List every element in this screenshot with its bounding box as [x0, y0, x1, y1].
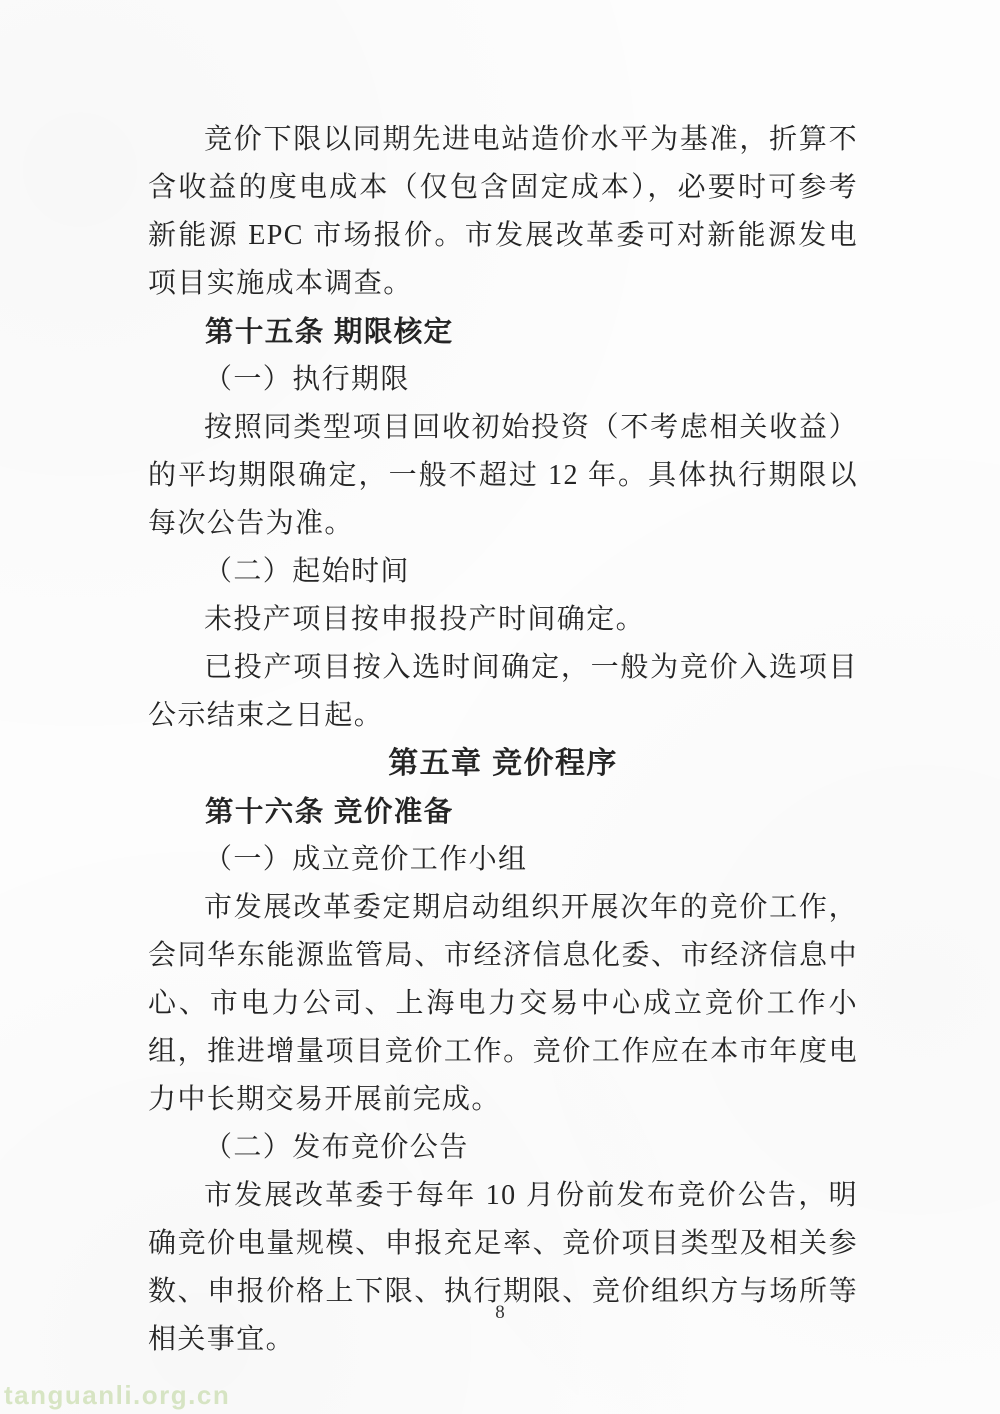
body-paragraph: 未投产项目按申报投产时间确定。	[148, 596, 858, 644]
chapter-heading-5: 第五章 竞价程序	[148, 740, 858, 788]
body-paragraph: 已投产项目按入选时间确定，一般为竞价入选项目公示结束之日起。	[148, 644, 858, 740]
sub-item-heading-2: （二）发布竞价公告	[148, 1124, 858, 1172]
article-heading-15: 第十五条 期限核定	[148, 308, 858, 356]
watermark: tanguanli.org.cn	[4, 1380, 230, 1411]
sub-item-heading-1: （一）执行期限	[148, 356, 858, 404]
page-number: 8	[0, 1302, 1000, 1324]
sub-item-heading-2: （二）起始时间	[148, 548, 858, 596]
document-body: 竞价下限以同期先进电站造价水平为基准，折算不含收益的度电成本（仅包含固定成本），…	[148, 116, 858, 1364]
body-paragraph: 市发展改革委定期启动组织开展次年的竞价工作，会同华东能源监管局、市经济信息化委、…	[148, 884, 858, 1124]
body-paragraph: 竞价下限以同期先进电站造价水平为基准，折算不含收益的度电成本（仅包含固定成本），…	[148, 116, 858, 308]
sub-item-heading-1: （一）成立竞价工作小组	[148, 836, 858, 884]
article-heading-16: 第十六条 竞价准备	[148, 788, 858, 836]
document-page: 竞价下限以同期先进电站造价水平为基准，折算不含收益的度电成本（仅包含固定成本），…	[0, 0, 1000, 1414]
body-paragraph: 按照同类型项目回收初始投资（不考虑相关收益）的平均期限确定，一般不超过 12 年…	[148, 404, 858, 548]
body-paragraph: 市发展改革委于每年 10 月份前发布竞价公告，明确竞价电量规模、申报充足率、竞价…	[148, 1172, 858, 1364]
